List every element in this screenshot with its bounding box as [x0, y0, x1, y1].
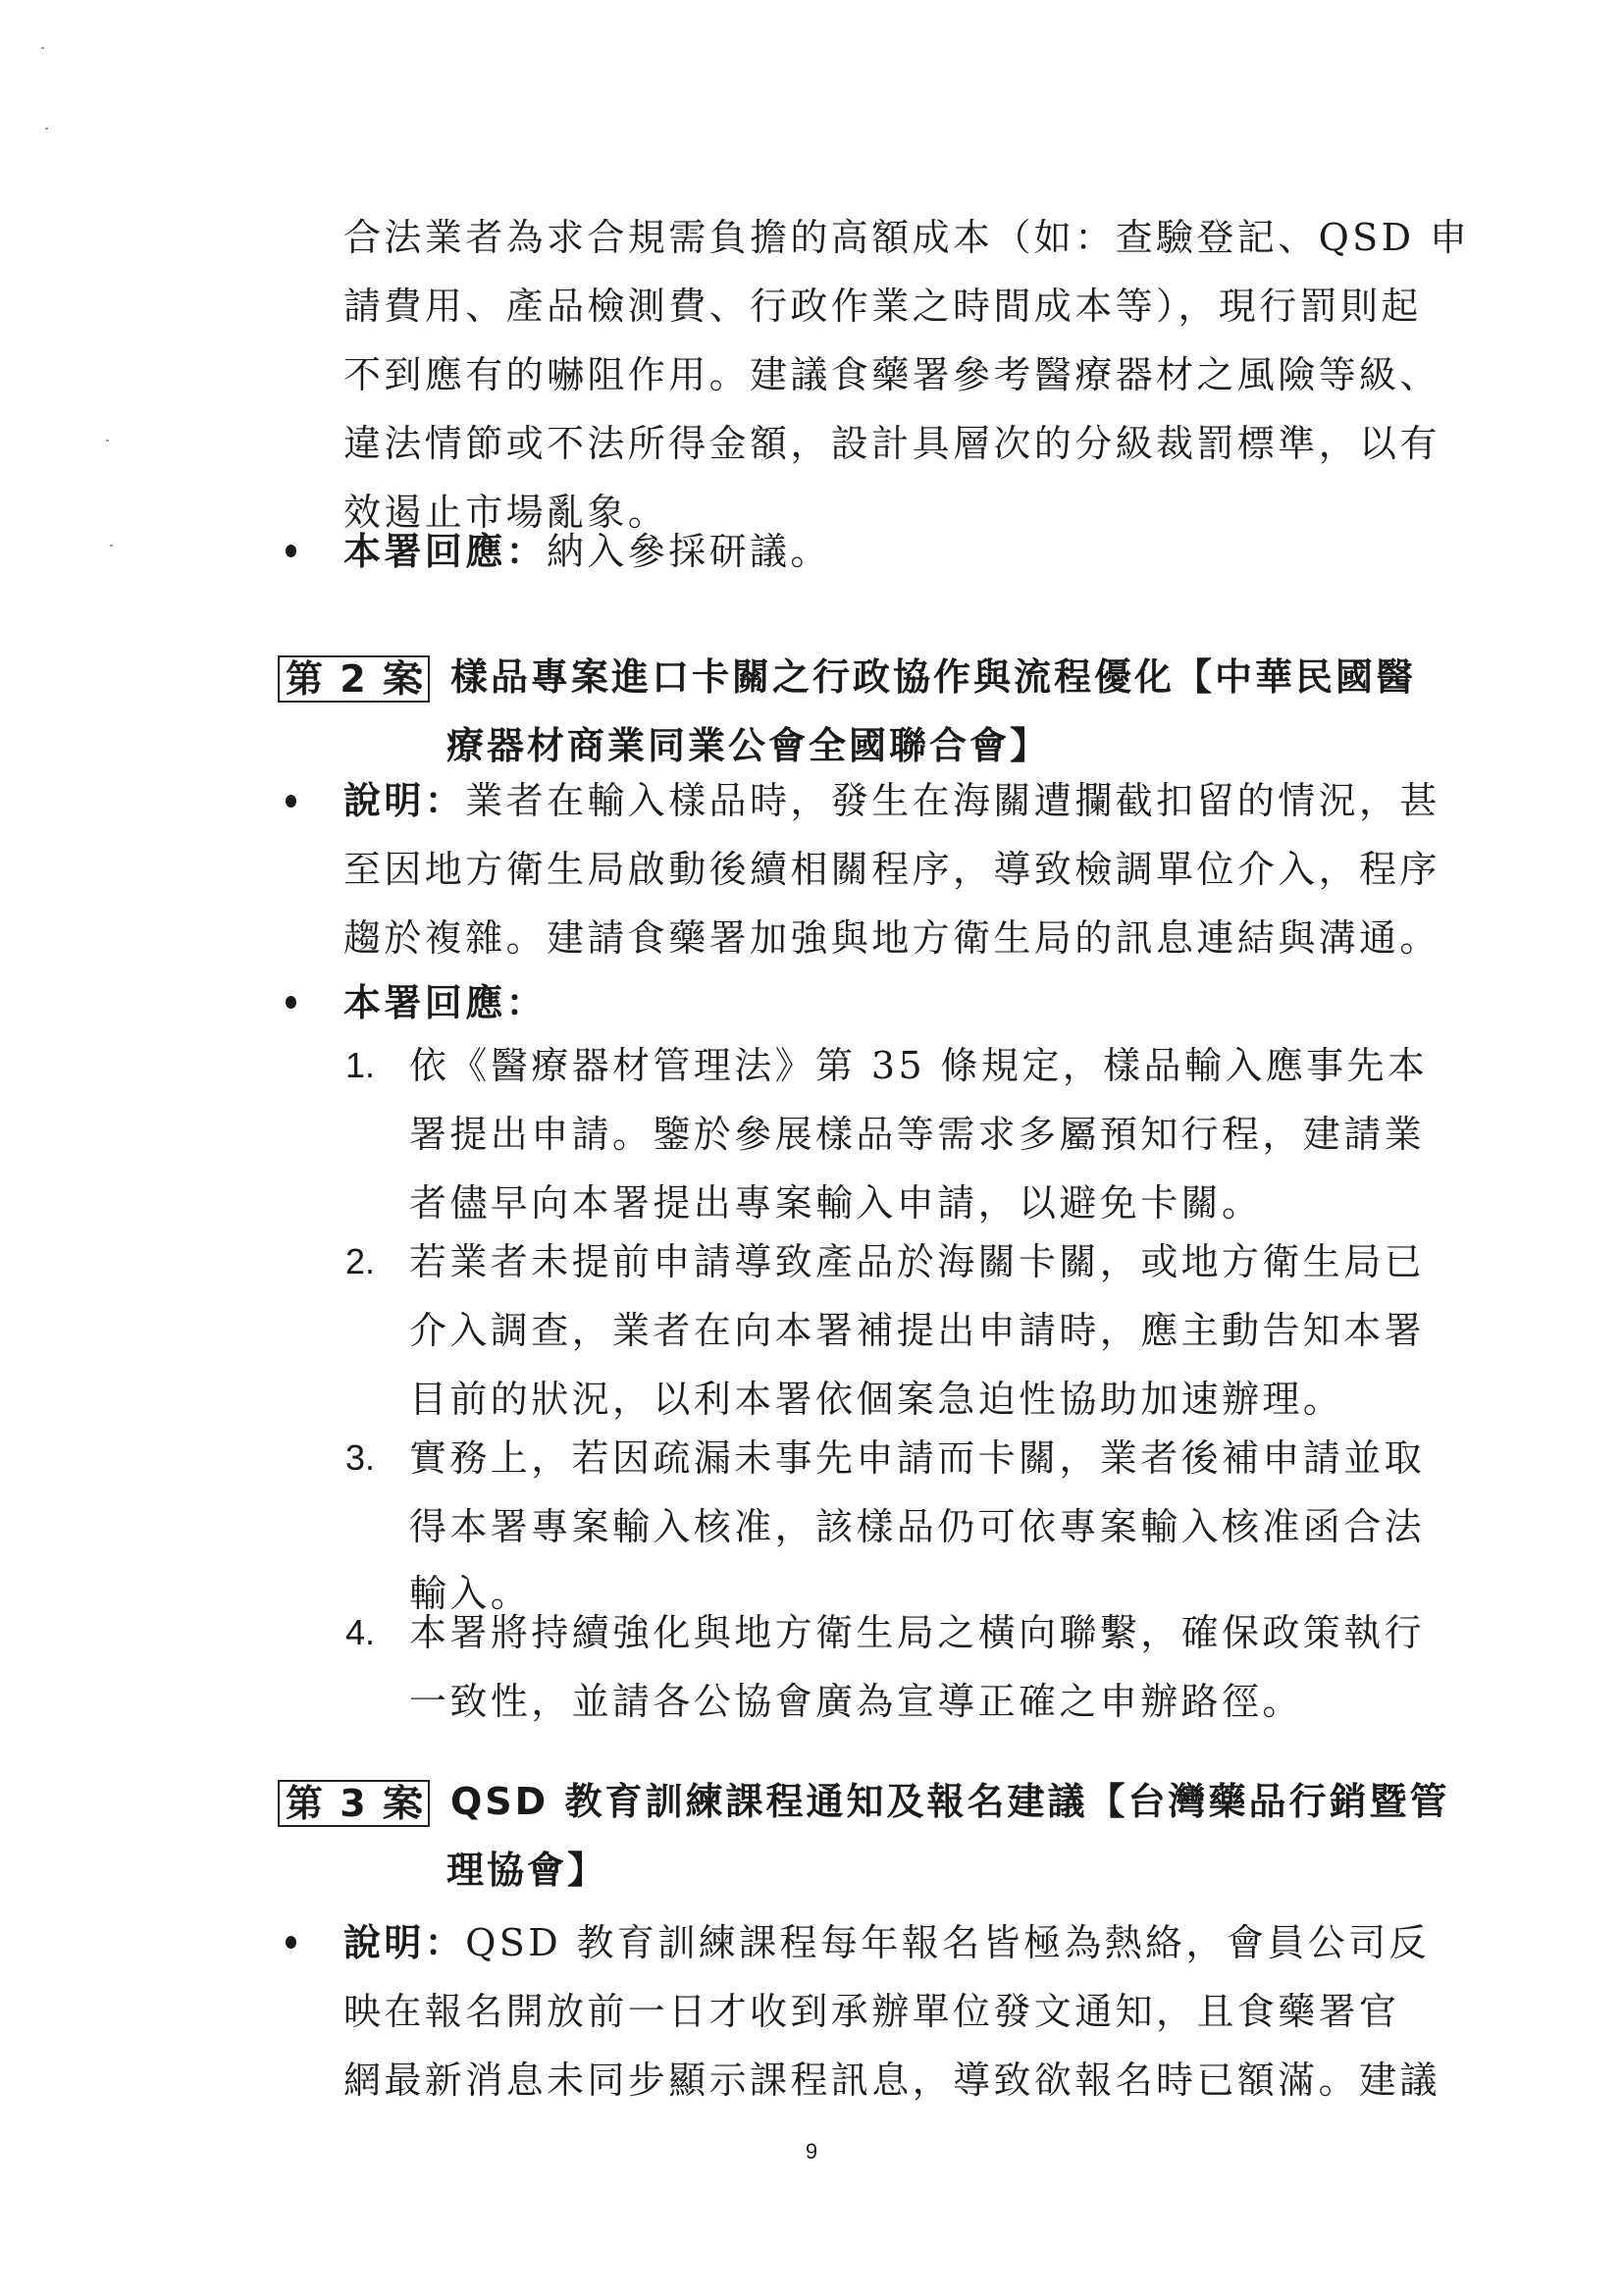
explanation-line: 說明：QSD 教育訓練課程每年報名皆極為熱絡，會員公司反	[343, 1919, 1430, 1966]
case-title-line: 理協會】	[446, 1847, 607, 1894]
explanation-line: 映在報名開放前一日才收到承辦單位發文通知，且食藥署官	[343, 1988, 1399, 2035]
bullet-icon	[286, 545, 296, 557]
list-line: 介入調查，業者在向本署補提出申請時，應主動告知本署	[409, 1307, 1425, 1354]
list-line: 得本署專案輸入核准，該樣品仍可依專案輸入核准函合法	[409, 1503, 1425, 1550]
explanation-line: 趨於複雜。建請食藥署加強與地方衛生局的訊息連結與溝通。	[343, 914, 1440, 962]
list-number: 3.	[345, 1435, 375, 1482]
response-text: 納入參採研議。	[547, 530, 831, 573]
bullet-icon	[286, 795, 296, 808]
response-line: 本署回應：納入參採研議。	[343, 528, 831, 575]
case-number-box: 第 2 案	[278, 655, 430, 703]
paragraph-line: 請費用、產品檢測費、行政作業之時間成本等），現行罰則起	[343, 283, 1422, 330]
list-number: 2.	[345, 1238, 375, 1285]
case-title-line: ：QSD 教育訓練課程通知及報名建議【台灣藥品行銷暨管	[410, 1778, 1449, 1825]
paragraph-line: 違法情節或不法所得金額，設計具層次的分級裁罰標準，以有	[343, 420, 1440, 467]
explanation-label: 說明：	[343, 1921, 465, 1964]
page-number: 9	[0, 2139, 1623, 2165]
scan-speck	[41, 47, 44, 49]
list-line: 一致性，並請各公協會廣為宣導正確之申辦路徑。	[409, 1678, 1303, 1725]
list-line: 目前的狀況，以利本署依個案急迫性協助加速辦理。	[409, 1376, 1343, 1423]
explanation-line: 說明：業者在輸入樣品時，發生在海關遭攔截扣留的情況，甚	[343, 777, 1440, 824]
bullet-icon	[286, 1936, 296, 1949]
explanation-line: 網最新消息未同步顯示課程訊息，導致欲報名時已額滿。建議	[343, 2057, 1440, 2104]
document-page: 合法業者為求合規需負擔的高額成本（如：查驗登記、QSD 申 請費用、產品檢測費、…	[0, 0, 1623, 2296]
list-line: 實務上，若因疏漏未事先申請而卡關，業者後補申請並取	[409, 1435, 1425, 1482]
paragraph-line: 合法業者為求合規需負擔的高額成本（如：查驗登記、QSD 申	[343, 214, 1470, 261]
scan-speck	[110, 545, 113, 547]
response-label: 本署回應：	[343, 979, 547, 1026]
response-label: 本署回應：	[343, 530, 547, 573]
explanation-text: 業者在輸入樣品時，發生在海關遭攔截扣留的情況，甚	[465, 779, 1440, 822]
case-number-box: 第 3 案	[278, 1780, 430, 1827]
bullet-icon	[286, 996, 296, 1009]
list-line: 者儘早向本署提出專案輸入申請，以避免卡關。	[409, 1179, 1262, 1226]
case-title-line: 療器材商業同業公會全國聯合會】	[446, 722, 1050, 769]
scan-speck	[45, 128, 48, 130]
list-line: 若業者未提前申請導致產品於海關卡關，或地方衛生局已	[409, 1238, 1425, 1285]
explanation-line: 至因地方衛生局啟動後續相關程序，導致檢調單位介入，程序	[343, 846, 1440, 893]
scan-speck	[106, 440, 109, 442]
list-line: 署提出申請。鑒於參展樣品等需求多屬預知行程，建請業	[409, 1111, 1425, 1158]
explanation-text: QSD 教育訓練課程每年報名皆極為熱絡，會員公司反	[465, 1921, 1430, 1964]
list-number: 1.	[345, 1042, 375, 1089]
case-title-line: ：樣品專案進口卡關之行政協作與流程優化【中華民國醫	[410, 653, 1416, 701]
explanation-label: 說明：	[343, 779, 465, 822]
list-number: 4.	[345, 1609, 375, 1656]
paragraph-line: 不到應有的嚇阻作用。建議食藥署參考醫療器材之風險等級、	[343, 351, 1440, 398]
list-line: 依《醫療器材管理法》第 35 條規定，樣品輸入應事先本	[409, 1042, 1428, 1089]
list-line: 本署將持續強化與地方衛生局之橫向聯繫，確保政策執行	[409, 1609, 1425, 1656]
